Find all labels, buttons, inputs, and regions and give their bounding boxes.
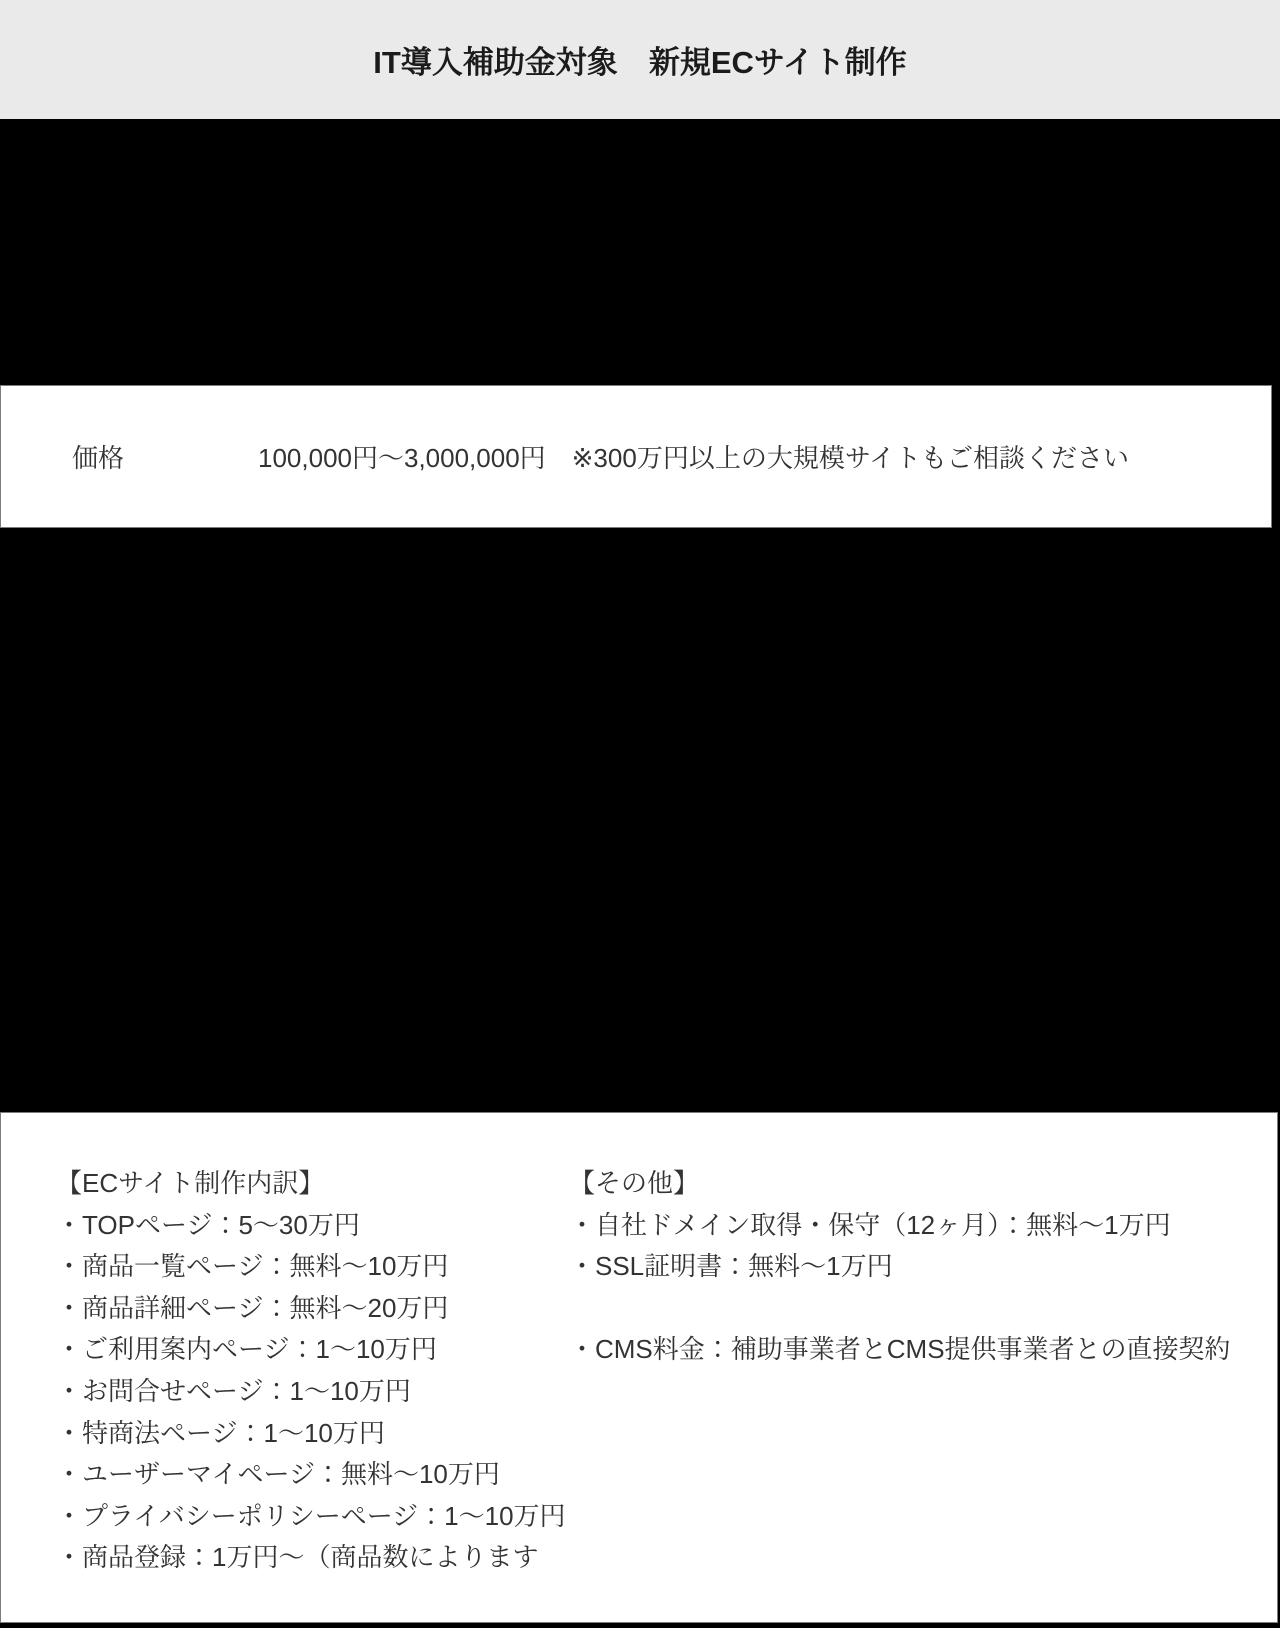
breakdown-heading: 【ECサイト制作内訳】 — [56, 1163, 566, 1205]
others-list-item: ・CMS料金：補助事業者とCMS提供事業者との直接契約 — [569, 1329, 1231, 1371]
content-image-dark-block — [0, 528, 1280, 1112]
price-label: 価格 — [72, 438, 258, 475]
price-row: 価格 100,000円〜3,000,000円 ※300万円以上の大規模サイトもご… — [0, 385, 1272, 528]
price-band: 価格 100,000円〜3,000,000円 ※300万円以上の大規模サイトもご… — [0, 385, 1280, 528]
others-list-secondary: ・CMS料金：補助事業者とCMS提供事業者との直接契約 — [569, 1329, 1231, 1371]
hero-image-dark-block — [0, 119, 1280, 385]
breakdown-column: 【ECサイト制作内訳】 ・TOPページ：5〜30万円・商品一覧ページ：無料〜10… — [56, 1163, 566, 1579]
page: IT導入補助金対象 新規ECサイト制作 価格 100,000円〜3,000,00… — [0, 0, 1280, 1628]
breakdown-list: ・TOPページ：5〜30万円・商品一覧ページ：無料〜10万円・商品詳細ページ：無… — [56, 1205, 566, 1579]
breakdown-list-item: ・お問合せページ：1〜10万円 — [56, 1371, 566, 1413]
breakdown-list-item: ・商品詳細ページ：無料〜20万円 — [56, 1288, 566, 1330]
others-heading: 【その他】 — [569, 1163, 1231, 1205]
others-list-item: ・自社ドメイン取得・保守（12ヶ月）：無料〜1万円 — [569, 1205, 1231, 1247]
others-list: ・自社ドメイン取得・保守（12ヶ月）：無料〜1万円・SSL証明書：無料〜1万円 — [569, 1205, 1231, 1288]
breakdown-list-item: ・特商法ページ：1〜10万円 — [56, 1413, 566, 1455]
others-list-item: ・SSL証明書：無料〜1万円 — [569, 1246, 1231, 1288]
others-column: 【その他】 ・自社ドメイン取得・保守（12ヶ月）：無料〜1万円・SSL証明書：無… — [569, 1163, 1231, 1371]
breakdown-list-item: ・プライバシーポリシーページ：1〜10万円 — [56, 1496, 566, 1538]
price-value: 100,000円〜3,000,000円 ※300万円以上の大規模サイトもご相談く… — [258, 438, 1129, 475]
page-header: IT導入補助金対象 新規ECサイト制作 — [0, 0, 1280, 119]
breakdown-list-item: ・商品登録：1万円〜（商品数によります — [56, 1537, 566, 1579]
breakdown-list-item: ・ユーザーマイページ：無料〜10万円 — [56, 1454, 566, 1496]
breakdown-list-item: ・商品一覧ページ：無料〜10万円 — [56, 1246, 566, 1288]
page-title: IT導入補助金対象 新規ECサイト制作 — [373, 37, 906, 82]
breakdown-list-item: ・TOPページ：5〜30万円 — [56, 1205, 566, 1247]
details-section: 【ECサイト制作内訳】 ・TOPページ：5〜30万円・商品一覧ページ：無料〜10… — [0, 1112, 1278, 1623]
breakdown-list-item: ・ご利用案内ページ：1〜10万円 — [56, 1329, 566, 1371]
